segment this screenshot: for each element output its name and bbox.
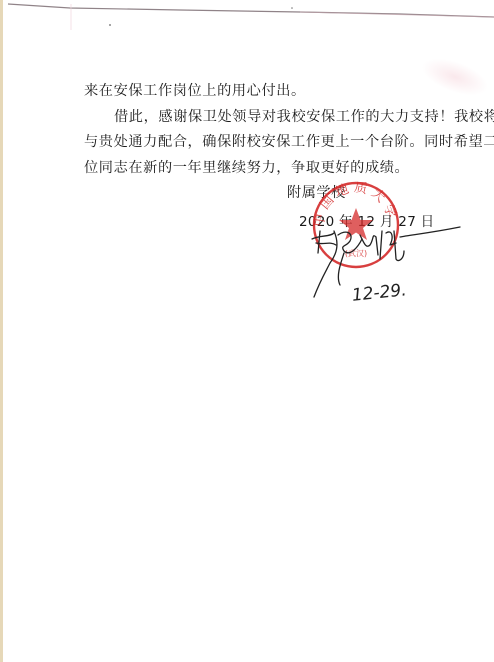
handwritten-signature: 12-29. [300, 225, 465, 325]
signature-block: 附属学校 2020 年 12 月 27 日 中国地质大学 (武汉) 12-29. [0, 0, 494, 662]
handwritten-date: 12-29. [351, 280, 408, 306]
